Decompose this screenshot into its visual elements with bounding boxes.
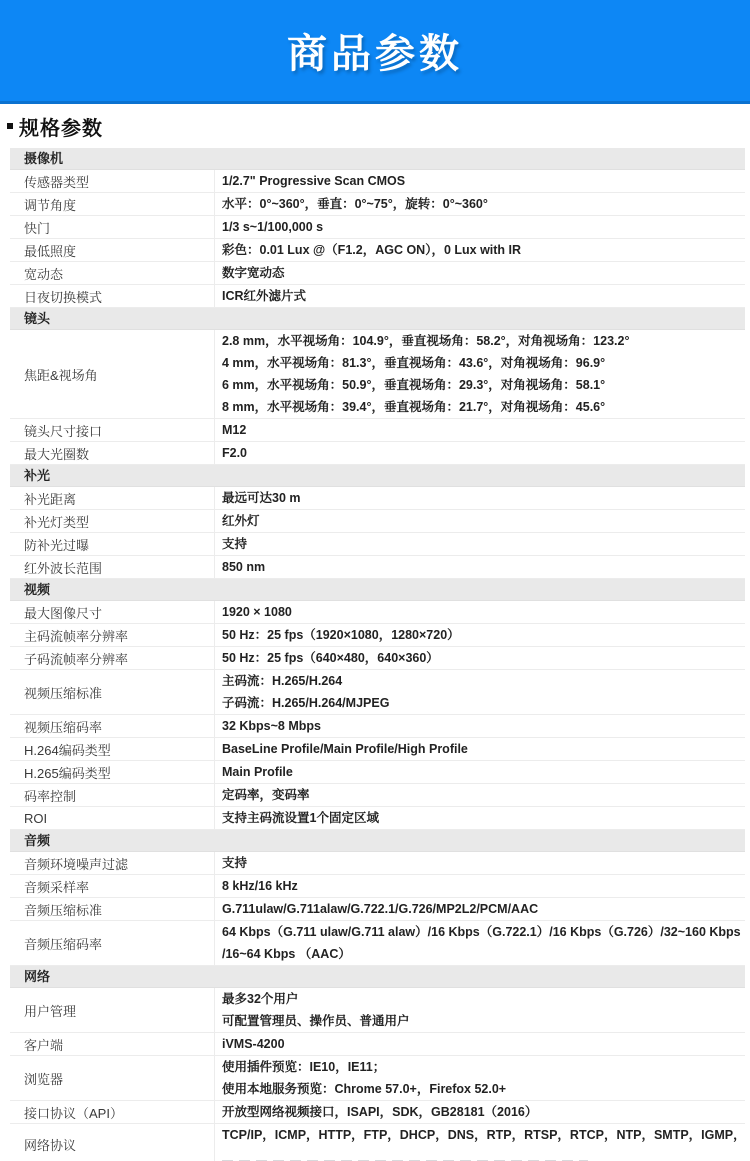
spec-value: 水平：0°~360°，垂直：0°~75°，旋转：0°~360°: [215, 193, 745, 215]
spec-value-line: 最多32个用户: [222, 988, 745, 1010]
spec-value-line: 彩色：0.01 Lux @（F1.2，AGC ON），0 Lux with IR: [222, 239, 745, 261]
spec-value: Main Profile: [215, 761, 745, 783]
section-header-lens: 镜头: [10, 308, 745, 330]
spec-label: 红外波长范围: [10, 556, 215, 578]
spec-row: 音频压缩码率64 Kbps（G.711 ulaw/G.711 alaw）/16 …: [10, 921, 745, 966]
spec-value-line: BaseLine Profile/Main Profile/High Profi…: [222, 738, 745, 760]
spec-label: 日夜切换模式: [10, 285, 215, 307]
spec-row: 音频环境噪声过滤支持: [10, 852, 745, 875]
spec-row: ROI支持主码流设置1个固定区域: [10, 807, 745, 830]
spec-row: 日夜切换模式ICR红外滤片式: [10, 285, 745, 308]
spec-value: 定码率，变码率: [215, 784, 745, 806]
spec-value: 最远可达30 m: [215, 487, 745, 509]
spec-value: 50 Hz：25 fps（640×480，640×360）: [215, 647, 745, 669]
spec-value: 最多32个用户可配置管理员、操作员、普通用户: [215, 988, 745, 1032]
spec-row: 网络协议TCP/IP，ICMP，HTTP，FTP，DHCP，DNS，RTP，RT…: [10, 1124, 745, 1161]
spec-value-line: G.711ulaw/G.711alaw/G.722.1/G.726/MP2L2/…: [222, 898, 745, 920]
spec-row: 传感器类型1/2.7" Progressive Scan CMOS: [10, 170, 745, 193]
spec-row: 用户管理最多32个用户可配置管理员、操作员、普通用户: [10, 988, 745, 1033]
spec-value-line: 1/2.7" Progressive Scan CMOS: [222, 170, 745, 192]
spec-value-line: 可配置管理员、操作员、普通用户: [222, 1010, 745, 1032]
section-header-network: 网络: [10, 966, 745, 988]
spec-label: 镜头尺寸接口: [10, 419, 215, 441]
spec-value: 支持: [215, 852, 745, 874]
spec-value: BaseLine Profile/Main Profile/High Profi…: [215, 738, 745, 760]
spec-label: 快门: [10, 216, 215, 238]
spec-value-line: 最远可达30 m: [222, 487, 745, 509]
spec-label: 音频压缩码率: [10, 921, 215, 965]
spec-value-line: 64 Kbps（G.711 ulaw/G.711 alaw）/16 Kbps（G…: [222, 921, 745, 943]
spec-row: 客户端iVMS-4200: [10, 1033, 745, 1056]
spec-value: 开放型网络视频接口，ISAPI，SDK，GB28181（2016）: [215, 1101, 745, 1123]
spec-row: 镜头尺寸接口M12: [10, 419, 745, 442]
product-parameters-banner: 商品参数: [0, 0, 750, 104]
spec-value-line: 定码率，变码率: [222, 784, 745, 806]
spec-value: 1/3 s~1/100,000 s: [215, 216, 745, 238]
section-header-supplement-light: 补光: [10, 465, 745, 487]
spec-label: 接口协议（API）: [10, 1101, 215, 1123]
spec-value: TCP/IP，ICMP，HTTP，FTP，DHCP，DNS，RTP，RTSP，R…: [215, 1124, 745, 1161]
spec-label: 浏览器: [10, 1056, 215, 1100]
spec-row: 视频压缩码率32 Kbps~8 Mbps: [10, 715, 745, 738]
section-header-video: 视频: [10, 579, 745, 601]
spec-row: 最低照度彩色：0.01 Lux @（F1.2，AGC ON），0 Lux wit…: [10, 239, 745, 262]
spec-value: 彩色：0.01 Lux @（F1.2，AGC ON），0 Lux with IR: [215, 239, 745, 261]
spec-value: 主码流：H.265/H.264子码流：H.265/H.264/MJPEG: [215, 670, 745, 714]
spec-label: 用户管理: [10, 988, 215, 1032]
spec-label: 音频压缩标准: [10, 898, 215, 920]
spec-row: 主码流帧率分辨率50 Hz：25 fps（1920×1080，1280×720）: [10, 624, 745, 647]
spec-value: 8 kHz/16 kHz: [215, 875, 745, 897]
spec-value-line: TCP/IP，ICMP，HTTP，FTP，DHCP，DNS，RTP，RTSP，R…: [222, 1124, 745, 1146]
spec-value: 1/2.7" Progressive Scan CMOS: [215, 170, 745, 192]
spec-label: 补光距离: [10, 487, 215, 509]
banner-title: 商品参数: [287, 22, 463, 79]
spec-value-line: M12: [222, 419, 745, 441]
spec-value-line: 32 Kbps~8 Mbps: [222, 715, 745, 737]
spec-label: 客户端: [10, 1033, 215, 1055]
spec-row: 浏览器使用插件预览：IE10，IE11；使用本地服务预览：Chrome 57.0…: [10, 1056, 745, 1101]
spec-row: H.265编码类型Main Profile: [10, 761, 745, 784]
spec-label: 音频采样率: [10, 875, 215, 897]
spec-value: 支持: [215, 533, 745, 555]
spec-label: 主码流帧率分辨率: [10, 624, 215, 646]
spec-value-line: 8 kHz/16 kHz: [222, 875, 745, 897]
bullet-icon: [7, 123, 13, 129]
spec-row: 最大图像尺寸1920 × 1080: [10, 601, 745, 624]
spec-value-line: 开放型网络视频接口，ISAPI，SDK，GB28181（2016）: [222, 1101, 745, 1123]
spec-label: 视频压缩码率: [10, 715, 215, 737]
section-header-audio: 音频: [10, 830, 745, 852]
spec-row: 红外波长范围850 nm: [10, 556, 745, 579]
spec-label: 宽动态: [10, 262, 215, 284]
spec-value-line: 50 Hz：25 fps（1920×1080，1280×720）: [222, 624, 745, 646]
spec-label: H.265编码类型: [10, 761, 215, 783]
spec-label: 码率控制: [10, 784, 215, 806]
spec-row: 防补光过曝支持: [10, 533, 745, 556]
spec-section-heading: 规格参数: [0, 104, 750, 148]
spec-label: 最低照度: [10, 239, 215, 261]
spec-value-line: /16~64 Kbps （AAC）: [222, 943, 745, 965]
spec-label: 音频环境噪声过滤: [10, 852, 215, 874]
spec-value: 64 Kbps（G.711 ulaw/G.711 alaw）/16 Kbps（G…: [215, 921, 745, 965]
spec-row: 音频采样率8 kHz/16 kHz: [10, 875, 745, 898]
spec-row: H.264编码类型BaseLine Profile/Main Profile/H…: [10, 738, 745, 761]
spec-value-line: 6 mm，水平视场角：50.9°，垂直视场角：29.3°，对角视场角：58.1°: [222, 374, 745, 396]
spec-row: 宽动态数字宽动态: [10, 262, 745, 285]
spec-value-line: 1/3 s~1/100,000 s: [222, 216, 745, 238]
spec-value: 1920 × 1080: [215, 601, 745, 623]
spec-value-line: 数字宽动态: [222, 262, 745, 284]
spec-label: 传感器类型: [10, 170, 215, 192]
spec-row: 调节角度水平：0°~360°，垂直：0°~75°，旋转：0°~360°: [10, 193, 745, 216]
spec-row: 子码流帧率分辨率50 Hz：25 fps（640×480，640×360）: [10, 647, 745, 670]
spec-label: 网络协议: [10, 1124, 215, 1161]
spec-label: 最大光圈数: [10, 442, 215, 464]
spec-value-line: 支持: [222, 533, 745, 555]
spec-label: 最大图像尺寸: [10, 601, 215, 623]
spec-value-line: Main Profile: [222, 761, 745, 783]
spec-value-line: 主码流：H.265/H.264: [222, 670, 745, 692]
spec-row: 码率控制定码率，变码率: [10, 784, 745, 807]
spec-value: 50 Hz：25 fps（1920×1080，1280×720）: [215, 624, 745, 646]
spec-row: 最大光圈数F2.0: [10, 442, 745, 465]
spec-label: 子码流帧率分辨率: [10, 647, 215, 669]
spec-value-line: 8 mm，水平视场角：39.4°，垂直视场角：21.7°，对角视场角：45.6°: [222, 396, 745, 418]
spec-value: F2.0: [215, 442, 745, 464]
spec-value-line: 2.8 mm，水平视场角：104.9°，垂直视场角：58.2°，对角视场角：12…: [222, 330, 745, 352]
spec-label: 防补光过曝: [10, 533, 215, 555]
spec-row: 视频压缩标准主码流：H.265/H.264子码流：H.265/H.264/MJP…: [10, 670, 745, 715]
spec-row: 补光灯类型红外灯: [10, 510, 745, 533]
spec-value-line: 支持: [222, 852, 745, 874]
spec-value: M12: [215, 419, 745, 441]
spec-value: G.711ulaw/G.711alaw/G.722.1/G.726/MP2L2/…: [215, 898, 745, 920]
spec-value: 支持主码流设置1个固定区域: [215, 807, 745, 829]
spec-row: 补光距离最远可达30 m: [10, 487, 745, 510]
spec-heading-text: 规格参数: [19, 112, 103, 141]
spec-value-line: 使用本地服务预览：Chrome 57.0+，Firefox 52.0+: [222, 1078, 745, 1100]
spec-value: 850 nm: [215, 556, 745, 578]
spec-value-line: iVMS-4200: [222, 1033, 745, 1055]
spec-value-line: 子码流：H.265/H.264/MJPEG: [222, 692, 745, 714]
spec-value-line: 使用插件预览：IE10，IE11；: [222, 1056, 745, 1078]
spec-value: iVMS-4200: [215, 1033, 745, 1055]
spec-table: 摄像机传感器类型1/2.7" Progressive Scan CMOS调节角度…: [10, 148, 745, 1161]
spec-value-line: 支持主码流设置1个固定区域: [222, 807, 745, 829]
spec-value: 使用插件预览：IE10，IE11；使用本地服务预览：Chrome 57.0+，F…: [215, 1056, 745, 1100]
spec-value: 数字宽动态: [215, 262, 745, 284]
spec-value: 32 Kbps~8 Mbps: [215, 715, 745, 737]
section-header-camera: 摄像机: [10, 148, 745, 170]
spec-value: ICR红外滤片式: [215, 285, 745, 307]
spec-value-line: F2.0: [222, 442, 745, 464]
spec-value-line: 水平：0°~360°，垂直：0°~75°，旋转：0°~360°: [222, 193, 745, 215]
spec-row: 接口协议（API）开放型网络视频接口，ISAPI，SDK，GB28181（201…: [10, 1101, 745, 1124]
spec-label: H.264编码类型: [10, 738, 215, 760]
spec-row: 焦距&视场角2.8 mm，水平视场角：104.9°，垂直视场角：58.2°，对角…: [10, 330, 745, 419]
spec-value-line: 50 Hz：25 fps（640×480，640×360）: [222, 647, 745, 669]
spec-label: 焦距&视场角: [10, 330, 215, 418]
spec-value-line: 850 nm: [222, 556, 745, 578]
spec-label: ROI: [10, 807, 215, 829]
spec-value-line: 红外灯: [222, 510, 745, 532]
spec-value: 红外灯: [215, 510, 745, 532]
spec-label: 视频压缩标准: [10, 670, 215, 714]
spec-value-line: ICR红外滤片式: [222, 285, 745, 307]
spec-value-line: 4 mm，水平视场角：81.3°，垂直视场角：43.6°，对角视场角：96.9°: [222, 352, 745, 374]
spec-row: 快门1/3 s~1/100,000 s: [10, 216, 745, 239]
spec-label: 补光灯类型: [10, 510, 215, 532]
spec-value: 2.8 mm，水平视场角：104.9°，垂直视场角：58.2°，对角视场角：12…: [215, 330, 745, 418]
spec-row: 音频压缩标准G.711ulaw/G.711alaw/G.722.1/G.726/…: [10, 898, 745, 921]
spec-label: 调节角度: [10, 193, 215, 215]
spec-value-line: 1920 × 1080: [222, 601, 745, 623]
